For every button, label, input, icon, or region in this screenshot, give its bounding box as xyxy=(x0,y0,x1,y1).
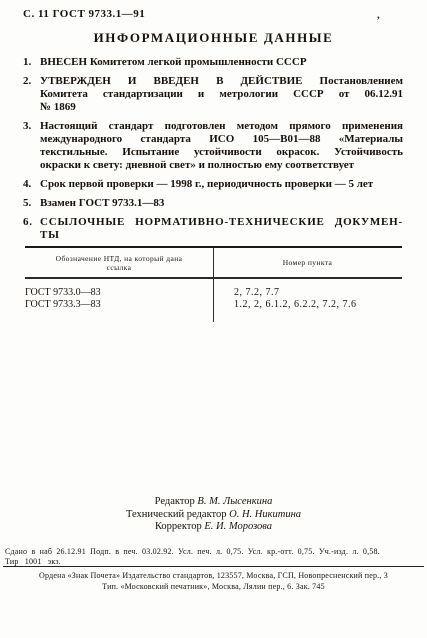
reference-table: Обозначение НТД, на который дана ссылка … xyxy=(25,246,402,322)
list-item-3: 3. Настоящий стандарт подготовлен методо… xyxy=(23,120,403,172)
imprint-block: Сдано в наб 26.12.91 Подп. в печ. 03.02.… xyxy=(5,547,423,566)
credit-name: В. М. Лысенкина xyxy=(197,496,272,507)
page-title: ИНФОРМАЦИОННЫЕ ДАННЫЕ xyxy=(0,30,427,46)
credit-line: Технический редактор О. Н. Никитина xyxy=(0,509,427,522)
item-text: Взамен ГОСТ 9733.1—83 xyxy=(40,197,403,210)
item-number: 4. xyxy=(23,178,40,191)
info-list: 1. ВНЕСЕН Комитетом легкой промышленност… xyxy=(23,56,403,248)
item-number: 3. xyxy=(23,120,40,172)
publisher-line: Тип. «Московский печатник», Москва, Ляли… xyxy=(0,582,427,593)
cell-points: 1.2, 2, 6.1.2, 6.2.2, 7.2, 7.6 xyxy=(213,299,402,311)
cell-ntd: ГОСТ 9733.3—83 xyxy=(25,299,213,311)
item-number: 2. xyxy=(23,75,40,114)
credit-role: Корректор xyxy=(155,521,202,532)
credit-name: О. Н. Никитина xyxy=(229,509,301,520)
scan-artifact-mark: , xyxy=(377,9,380,21)
cell-ntd: ГОСТ 9733.0—83 xyxy=(25,287,213,299)
credit-role: Технический редактор xyxy=(126,509,227,520)
publisher-block: Ордена «Знак Почета» Издательство станда… xyxy=(0,571,427,592)
credit-role: Редактор xyxy=(155,496,195,507)
imprint-line: Тир 1001 экз. xyxy=(5,557,423,567)
item-number: 1. xyxy=(23,56,40,69)
imprint-line: Сдано в наб 26.12.91 Подп. в печ. 03.02.… xyxy=(5,547,423,557)
table-column-divider xyxy=(213,248,214,322)
item-number: 6. xyxy=(23,216,40,242)
divider-line xyxy=(3,566,424,567)
item-text: Срок первой проверки — 1998 г., периодич… xyxy=(40,178,403,191)
item-number: 5. xyxy=(23,197,40,210)
item-text: ВНЕСЕН Комитетом легкой промышленности С… xyxy=(40,56,403,69)
list-item-4: 4. Срок первой проверки — 1998 г., перио… xyxy=(23,178,403,191)
cell-points: 2, 7.2, 7.7 xyxy=(213,287,402,299)
publisher-line: Ордена «Знак Почета» Издательство станда… xyxy=(0,571,427,582)
table-header-points: Номер пункта xyxy=(213,258,402,267)
list-item-5: 5. Взамен ГОСТ 9733.1—83 xyxy=(23,197,403,210)
list-item-1: 1. ВНЕСЕН Комитетом легкой промышленност… xyxy=(23,56,403,69)
item-text: Настоящий стандарт подготовлен методом п… xyxy=(40,120,403,172)
document-page: С. 11 ГОСТ 9733.1—91 , ИНФОРМАЦИОННЫЕ ДА… xyxy=(0,0,427,638)
item-text: ССЫЛОЧНЫЕ НОРМАТИВНО-ТЕХНИЧЕСКИЕ ДОКУМЕН… xyxy=(40,216,403,242)
table-header-ntd: Обозначение НТД, на который дана ссылка xyxy=(25,254,213,272)
credit-name: Е. И. Морозова xyxy=(204,521,272,532)
page-header: С. 11 ГОСТ 9733.1—91 xyxy=(23,8,145,20)
credits-block: Редактор В. М. Лысенкина Технический ред… xyxy=(0,496,427,534)
credit-line: Корректор Е. И. Морозова xyxy=(0,521,427,534)
list-item-6: 6. ССЫЛОЧНЫЕ НОРМАТИВНО-ТЕХНИЧЕСКИЕ ДОКУ… xyxy=(23,216,403,242)
credit-line: Редактор В. М. Лысенкина xyxy=(0,496,427,509)
list-item-2: 2. УТВЕРЖДЕН И ВВЕДЕН В ДЕЙСТВИЕ Постано… xyxy=(23,75,403,114)
item-text: УТВЕРЖДЕН И ВВЕДЕН В ДЕЙСТВИЕ Постановле… xyxy=(40,75,403,114)
